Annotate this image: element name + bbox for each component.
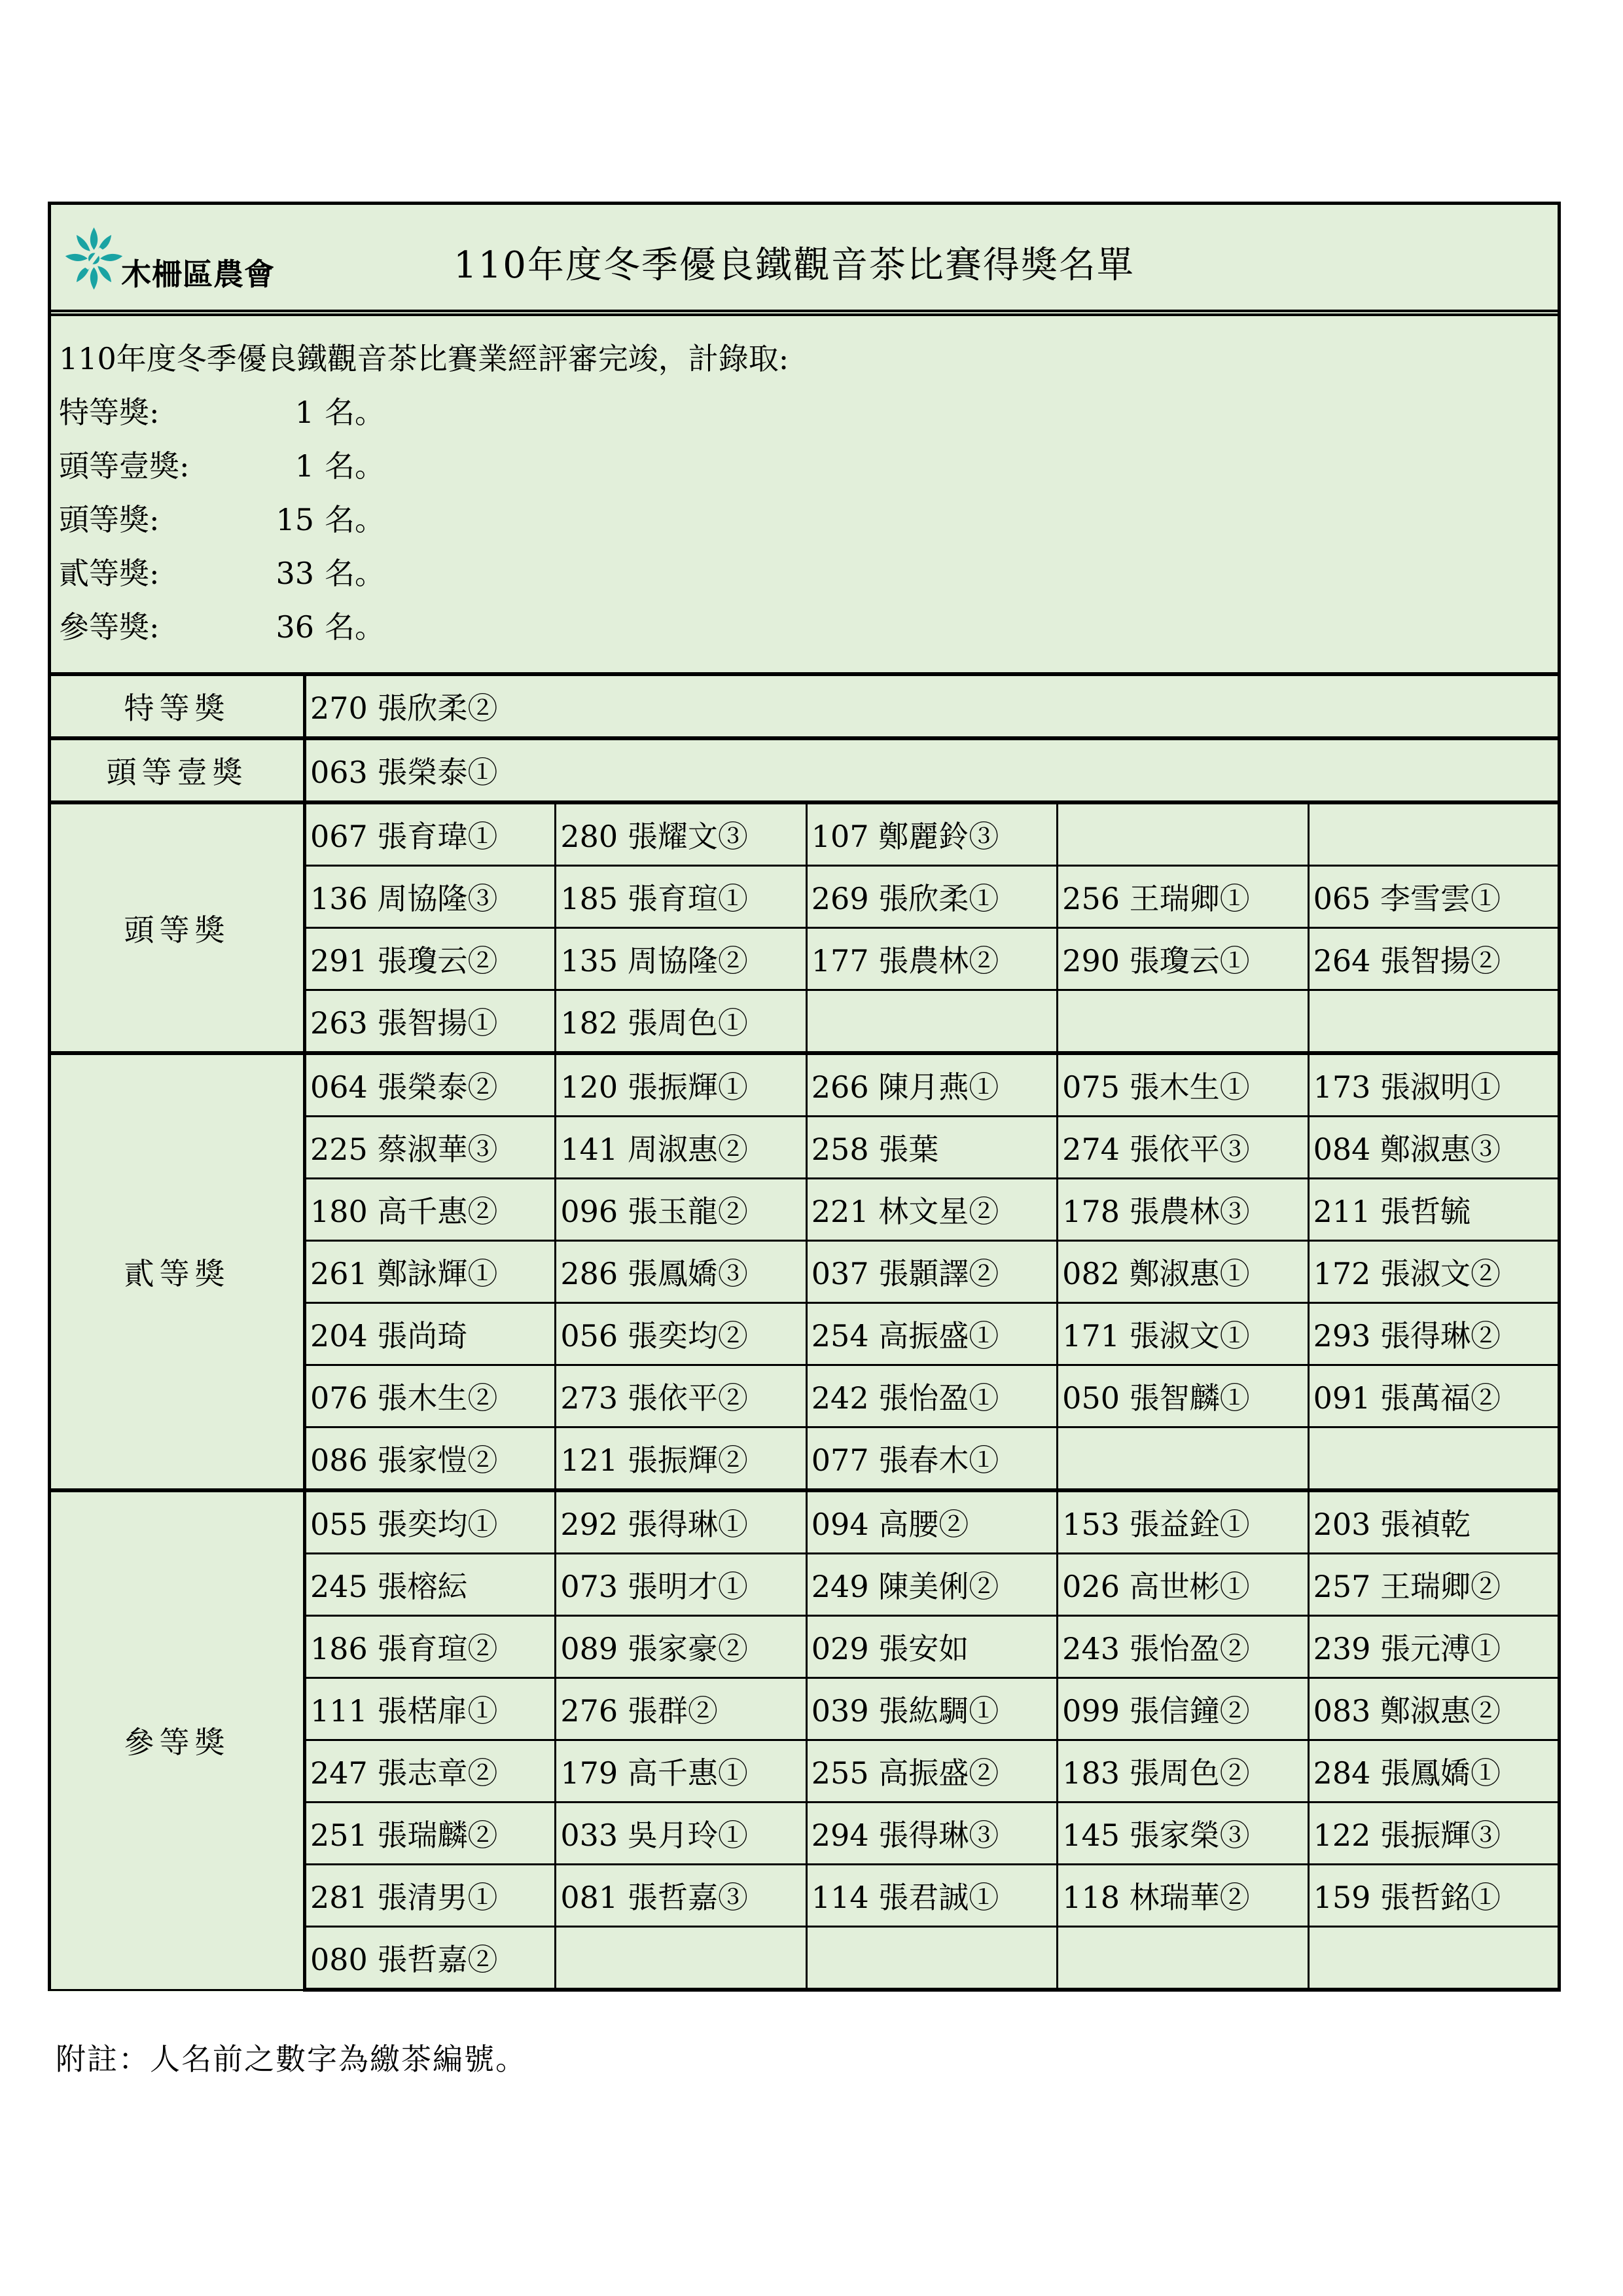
winner-cell: [1308, 990, 1559, 1054]
winner-cell: [1308, 1427, 1559, 1491]
summary-line-first: 頭等獎: 15 名。: [59, 493, 1558, 547]
winner-cell: 239 張元溥①: [1308, 1616, 1559, 1678]
winner-cell: 293 張得琳②: [1308, 1303, 1559, 1365]
winner-cell: 083 鄭淑惠②: [1308, 1678, 1559, 1740]
winner-cell: 270 張欣柔②: [305, 674, 1560, 738]
header-divider: [48, 310, 1561, 316]
summary-intro: 110年度冬季優良鐵觀音茶比賽業經評審完竣，計錄取:: [59, 332, 1558, 386]
winner-cell: 204 張尚琦: [305, 1303, 556, 1365]
winner-cell: 065 李雪雲①: [1308, 866, 1559, 928]
org-name: 木柵區農會: [121, 251, 275, 294]
winner-cell: 225 蔡淑華③: [305, 1117, 556, 1179]
winner-cell: 091 張萬福②: [1308, 1365, 1559, 1427]
winner-cell: 050 張智麟①: [1058, 1365, 1308, 1427]
summary-count: 33: [255, 547, 314, 600]
winner-cell: 186 張育瑄②: [305, 1616, 556, 1678]
summary-label: 參等獎:: [59, 600, 255, 654]
winner-cell: 291 張瓊云②: [305, 928, 556, 990]
winner-cell: 264 張智揚②: [1308, 928, 1559, 990]
summary-unit: 名。: [325, 547, 385, 600]
summary-count: 1: [255, 386, 314, 439]
winner-cell: 172 張淑文②: [1308, 1241, 1559, 1303]
winner-cell: 141 周淑惠②: [556, 1117, 806, 1179]
winner-cell: 037 張顥譯②: [806, 1241, 1057, 1303]
table-row: 貳等獎064 張榮泰②120 張振輝①266 陳月燕①075 張木生①173 張…: [50, 1053, 1560, 1117]
winner-cell: 082 鄭淑惠①: [1058, 1241, 1308, 1303]
winner-cell: 178 張農林③: [1058, 1179, 1308, 1241]
summary-label: 頭等獎:: [59, 493, 255, 547]
winner-cell: 120 張振輝①: [556, 1053, 806, 1117]
footnote: 附註：人名前之數字為繳茶編號。: [56, 2036, 527, 2079]
winner-cell: 221 林文星②: [806, 1179, 1057, 1241]
winner-cell: 203 張禎乾: [1308, 1490, 1559, 1554]
category-label: 頭等獎: [50, 802, 305, 1053]
summary-unit: 名。: [325, 493, 385, 547]
special-prize-row: 特等獎270 張欣柔②: [50, 674, 1560, 738]
winner-cell: 286 張鳳嬌③: [556, 1241, 806, 1303]
winner-cell: 086 張家愷②: [305, 1427, 556, 1491]
winner-cell: 290 張瓊云①: [1058, 928, 1308, 990]
winner-cell: 242 張怡盈①: [806, 1365, 1057, 1427]
winner-cell: 153 張益銓①: [1058, 1490, 1308, 1554]
winner-cell: 245 張榕紜: [305, 1554, 556, 1616]
winner-cell: 099 張信鐘②: [1058, 1678, 1308, 1740]
winner-cell: 084 鄭淑惠③: [1308, 1117, 1559, 1179]
winner-cell: 159 張哲銘①: [1308, 1865, 1559, 1927]
category-label: 參等獎: [50, 1490, 305, 1990]
winner-cell: 081 張哲嘉③: [556, 1865, 806, 1927]
category-label: 特等獎: [50, 674, 305, 738]
winner-cell: 247 張志章②: [305, 1740, 556, 1803]
winner-cell: 255 高振盛②: [806, 1740, 1057, 1803]
winner-cell: 064 張榮泰②: [305, 1053, 556, 1117]
winner-cell: 055 張奕均①: [305, 1490, 556, 1554]
category-label: 貳等獎: [50, 1053, 305, 1490]
summary-count: 15: [255, 493, 314, 547]
summary-label: 貳等獎:: [59, 547, 255, 600]
summary-count: 36: [255, 600, 314, 654]
winner-cell: 073 張明才①: [556, 1554, 806, 1616]
winner-cell: 033 吳月玲①: [556, 1803, 806, 1865]
winner-cell: 183 張周色②: [1058, 1740, 1308, 1803]
summary-line-second: 貳等獎: 33 名。: [59, 547, 1558, 600]
header: 木柵區農會 110年度冬季優良鐵觀音茶比賽得獎名單: [48, 202, 1561, 310]
winner-cell: 039 張紘騆①: [806, 1678, 1057, 1740]
winner-cell: [1058, 802, 1308, 866]
winner-cell: 263 張智揚①: [305, 990, 556, 1054]
winner-cell: 075 張木生①: [1058, 1053, 1308, 1117]
winner-cell: 076 張木生②: [305, 1365, 556, 1427]
award-sheet: 木柵區農會 110年度冬季優良鐵觀音茶比賽得獎名單 110年度冬季優良鐵觀音茶比…: [48, 202, 1561, 1992]
winner-cell: 171 張淑文①: [1058, 1303, 1308, 1365]
summary-unit: 名。: [325, 439, 385, 493]
winner-cell: 077 張春木①: [806, 1427, 1057, 1491]
winner-cell: 254 高振盛①: [806, 1303, 1057, 1365]
first-one-prize-row: 頭等壹獎063 張榮泰①: [50, 738, 1560, 802]
table-row: 頭等獎067 張育瑋①280 張耀文③107 鄭麗鈴③: [50, 802, 1560, 866]
winner-cell: 135 周協隆②: [556, 928, 806, 990]
flower-logo-icon: [63, 223, 125, 295]
winner-cell: 026 高世彬①: [1058, 1554, 1308, 1616]
summary-unit: 名。: [325, 386, 385, 439]
winner-cell: [806, 1927, 1057, 1990]
winner-cell: 258 張葉: [806, 1117, 1057, 1179]
winner-cell: 145 張家榮③: [1058, 1803, 1308, 1865]
awards-table: 特等獎270 張欣柔②頭等壹獎063 張榮泰①頭等獎067 張育瑋①280 張耀…: [48, 672, 1561, 1992]
winner-cell: 121 張振輝②: [556, 1427, 806, 1491]
winner-cell: 118 林瑞華②: [1058, 1865, 1308, 1927]
winner-cell: 182 張周色①: [556, 990, 806, 1054]
winner-cell: 067 張育瑋①: [305, 802, 556, 866]
winner-cell: 107 鄭麗鈴③: [806, 802, 1057, 866]
winner-cell: 266 陳月燕①: [806, 1053, 1057, 1117]
winner-cell: 122 張振輝③: [1308, 1803, 1559, 1865]
winner-cell: 114 張君誠①: [806, 1865, 1057, 1927]
winner-cell: 136 周協隆③: [305, 866, 556, 928]
summary-label: 特等獎:: [59, 386, 255, 439]
winner-cell: 249 陳美俐②: [806, 1554, 1057, 1616]
winner-cell: 056 張奕均②: [556, 1303, 806, 1365]
winner-cell: [1308, 1927, 1559, 1990]
category-label: 頭等壹獎: [50, 738, 305, 802]
winner-cell: 089 張家豪②: [556, 1616, 806, 1678]
summary-unit: 名。: [325, 600, 385, 654]
summary-count: 1: [255, 439, 314, 493]
winner-cell: 274 張依平③: [1058, 1117, 1308, 1179]
winner-cell: [556, 1927, 806, 1990]
winner-cell: [806, 990, 1057, 1054]
winner-cell: [1058, 1927, 1308, 1990]
org-logo: 木柵區農會: [63, 223, 275, 295]
winner-cell: 273 張依平②: [556, 1365, 806, 1427]
winner-cell: 251 張瑞麟②: [305, 1803, 556, 1865]
winner-cell: 029 張安如: [806, 1616, 1057, 1678]
winner-cell: 080 張哲嘉②: [305, 1927, 556, 1990]
winner-cell: 294 張得琳③: [806, 1803, 1057, 1865]
winner-cell: 261 鄭詠輝①: [305, 1241, 556, 1303]
winner-cell: [1308, 802, 1559, 866]
winner-cell: 111 張楛扉①: [305, 1678, 556, 1740]
summary-section: 110年度冬季優良鐵觀音茶比賽業經評審完竣，計錄取: 特等獎: 1 名。 頭等壹…: [48, 316, 1561, 672]
winner-cell: 094 高腰②: [806, 1490, 1057, 1554]
winner-cell: 185 張育瑄①: [556, 866, 806, 928]
winner-cell: 292 張得琳①: [556, 1490, 806, 1554]
winner-cell: 281 張清男①: [305, 1865, 556, 1927]
winner-cell: 269 張欣柔①: [806, 866, 1057, 928]
winner-cell: 096 張玉龍②: [556, 1179, 806, 1241]
winner-cell: 180 高千惠②: [305, 1179, 556, 1241]
winner-cell: 257 王瑞卿②: [1308, 1554, 1559, 1616]
winner-cell: 276 張群②: [556, 1678, 806, 1740]
winner-cell: [1058, 1427, 1308, 1491]
winner-cell: 284 張鳳嬌①: [1308, 1740, 1559, 1803]
winner-cell: [1058, 990, 1308, 1054]
winner-cell: 173 張淑明①: [1308, 1053, 1559, 1117]
summary-line-first-one: 頭等壹獎: 1 名。: [59, 439, 1558, 493]
winner-cell: 256 王瑞卿①: [1058, 866, 1308, 928]
winner-cell: 211 張哲毓: [1308, 1179, 1559, 1241]
summary-line-third: 參等獎: 36 名。: [59, 600, 1558, 654]
winner-cell: 179 高千惠①: [556, 1740, 806, 1803]
winner-cell: 063 張榮泰①: [305, 738, 1560, 802]
table-row: 參等獎055 張奕均①292 張得琳①094 高腰②153 張益銓①203 張禎…: [50, 1490, 1560, 1554]
winner-cell: 280 張耀文③: [556, 802, 806, 866]
summary-label: 頭等壹獎:: [59, 439, 255, 493]
summary-line-special: 特等獎: 1 名。: [59, 386, 1558, 439]
winner-cell: 243 張怡盈②: [1058, 1616, 1308, 1678]
page-title: 110年度冬季優良鐵觀音茶比賽得獎名單: [454, 236, 1135, 289]
winner-cell: 177 張農林②: [806, 928, 1057, 990]
